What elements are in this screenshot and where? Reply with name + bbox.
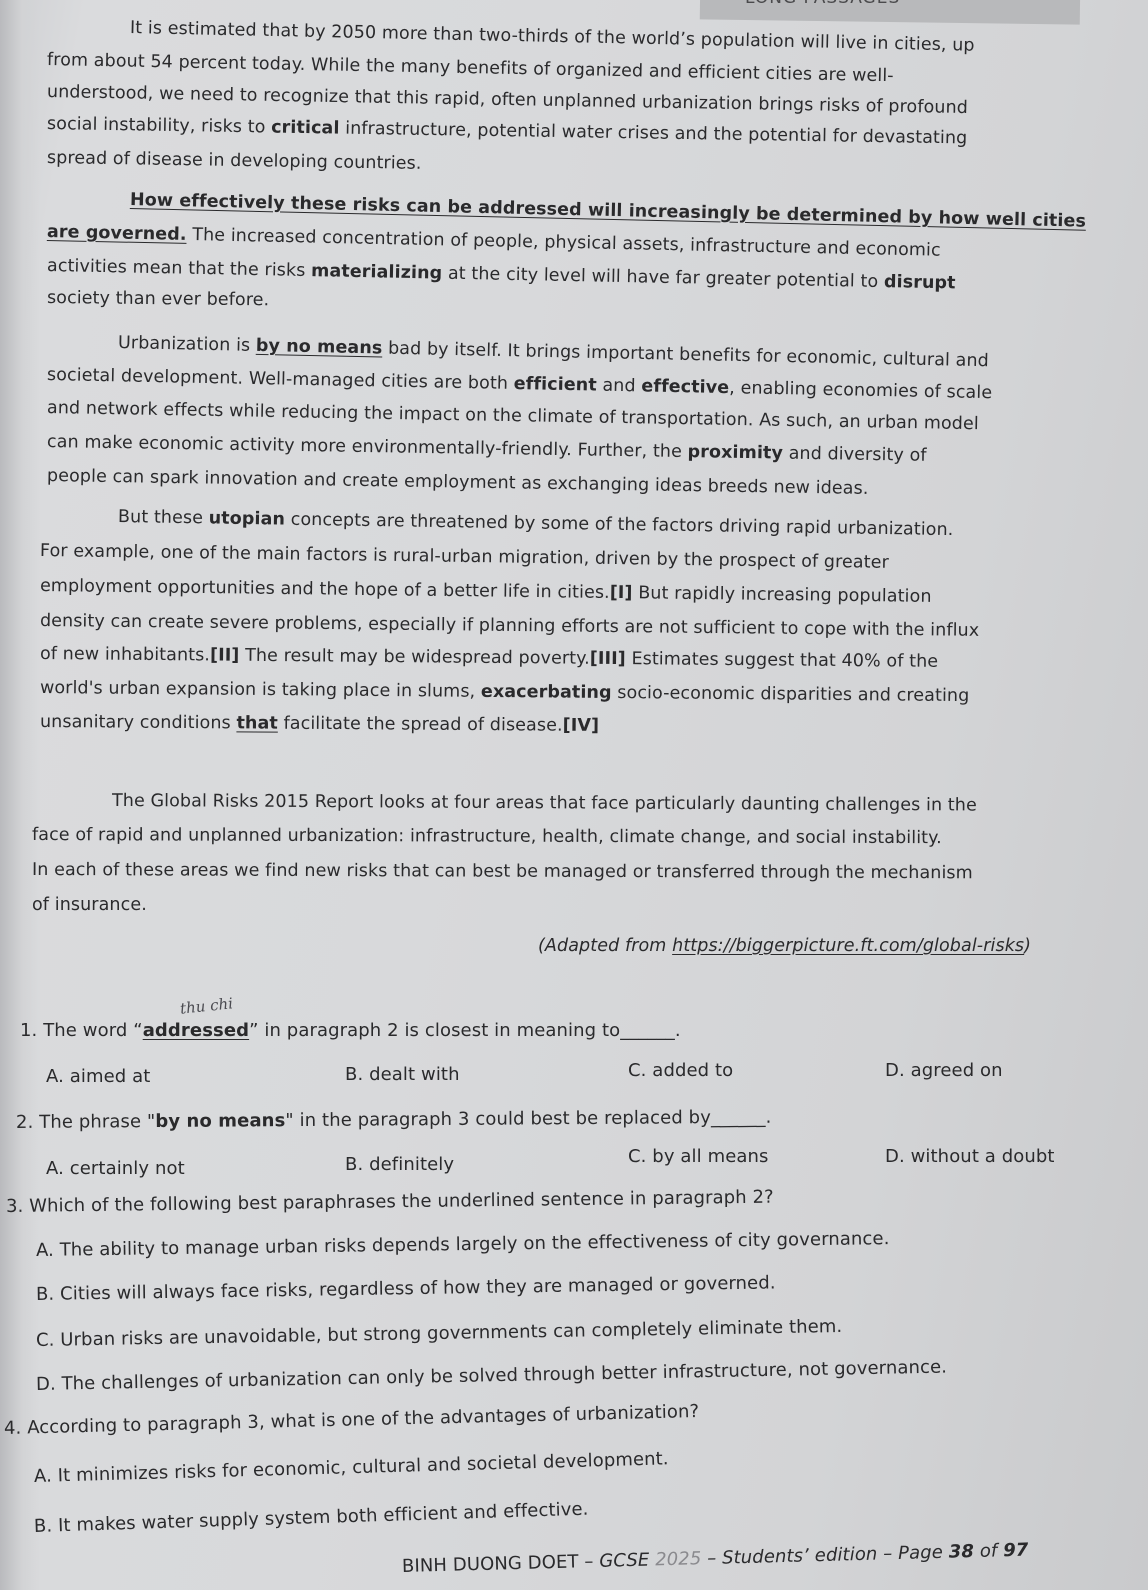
- bold-word: exacerbating: [481, 682, 612, 703]
- option-a[interactable]: A. aimed at: [46, 1066, 150, 1087]
- text-line: understood, we need to recognize that th…: [47, 82, 968, 118]
- text-line: Urbanization is by no means bad by itsel…: [118, 333, 989, 371]
- text-line: activities mean that the risks materiali…: [47, 256, 956, 293]
- text-span: socio-economic disparities and creating: [617, 683, 969, 706]
- text-span: ” in paragraph 2 is closest in meaning t…: [249, 1020, 620, 1041]
- text-span: activities mean that the risks: [47, 256, 306, 281]
- text-span: Urbanization is: [118, 333, 251, 356]
- text-span: of new inhabitants.: [40, 644, 210, 665]
- text-span: Estimates suggest that 40% of the: [631, 649, 938, 672]
- text-line: spread of disease in developing countrie…: [47, 148, 422, 174]
- text-line: and network effects while reducing the i…: [47, 398, 979, 434]
- option-b[interactable]: B. It makes water supply system both eff…: [34, 1499, 589, 1537]
- text-line: of insurance.: [32, 895, 147, 915]
- text-line: But these utopian concepts are threatene…: [118, 507, 954, 540]
- text-line: society than ever before.: [47, 288, 269, 310]
- text-span: infrastructure, potential water crises a…: [345, 119, 967, 149]
- text-span: .: [675, 1020, 681, 1041]
- footer-separator: –: [578, 1551, 599, 1573]
- option-c[interactable]: C. Urban risks are unavoidable, but stro…: [36, 1316, 843, 1351]
- text-line: unsanitary conditions that facilitate th…: [40, 712, 599, 736]
- text-span: world's urban expansion is taking place …: [40, 678, 475, 702]
- answer-blank: ______: [711, 1107, 766, 1128]
- text-span: can make economic activity more environm…: [47, 432, 682, 462]
- option-a[interactable]: A. certainly not: [46, 1158, 185, 1179]
- option-c[interactable]: C. added to: [628, 1060, 733, 1081]
- footer-page-total: 97: [1003, 1540, 1029, 1562]
- source-citation: (Adapted from https://biggerpicture.ft.c…: [538, 936, 1031, 956]
- text-span: , enabling economies of scale: [729, 378, 992, 403]
- option-d[interactable]: D. The challenges of urbanization can on…: [36, 1357, 947, 1395]
- answer-blank: ______: [620, 1020, 675, 1041]
- question-text: 1. The word “addressed” in paragraph 2 i…: [20, 1020, 681, 1041]
- text-span: and diversity of: [788, 444, 926, 466]
- text-span: employment opportunities and the hope of…: [40, 576, 610, 603]
- bold-word: efficient: [514, 374, 597, 396]
- option-d[interactable]: D. agreed on: [885, 1060, 1003, 1081]
- text-line: employment opportunities and the hope of…: [40, 576, 932, 607]
- question-text: 2. The phrase "by no means" in the parag…: [16, 1107, 772, 1133]
- text-span: and: [602, 376, 636, 397]
- footer-year: 2025: [649, 1548, 702, 1570]
- text-span: .: [765, 1107, 771, 1128]
- position-marker: [IV]: [563, 716, 600, 736]
- text-span: concepts are threatened by some of the f…: [291, 510, 954, 540]
- text-line: societal development. Well-managed citie…: [47, 365, 993, 403]
- text-line: social instability, risks to critical in…: [47, 114, 968, 148]
- text-line: people can spark innovation and create e…: [47, 466, 869, 499]
- option-b[interactable]: B. Cities will always face risks, regard…: [36, 1272, 776, 1305]
- option-d[interactable]: D. without a doubt: [885, 1146, 1055, 1167]
- footer-exam: GCSE: [599, 1550, 650, 1572]
- text-span: But these: [118, 507, 203, 528]
- page-edge-shadow: [0, 0, 40, 1590]
- page-footer: BINH DUONG DOET – GCSE 2025 – Students’ …: [402, 1540, 1029, 1577]
- question-text: 4. According to paragraph 3, what is one…: [4, 1401, 700, 1439]
- bold-word: proximity: [687, 442, 783, 463]
- underlined-sentence-end: are governed.: [47, 222, 187, 245]
- text-span: But rapidly increasing population: [638, 583, 932, 607]
- bold-word: effective: [641, 376, 729, 398]
- option-b[interactable]: B. definitely: [345, 1154, 454, 1175]
- text-span: facilitate the spread of disease.: [283, 714, 562, 736]
- text-span: social instability, risks to: [47, 114, 266, 137]
- position-marker: [II]: [210, 645, 240, 665]
- option-a[interactable]: A. It minimizes risks for economic, cult…: [34, 1448, 669, 1487]
- text-line: It is estimated that by 2050 more than t…: [130, 18, 975, 56]
- text-span: societal development. Well-managed citie…: [47, 365, 508, 394]
- underlined-sentence: How effectively these risks can be addre…: [130, 190, 1086, 232]
- underlined-word: that: [236, 713, 278, 733]
- text-line: density can create severe problems, espe…: [40, 611, 979, 641]
- source-link[interactable]: https://biggerpicture.ft.com/global-risk…: [672, 936, 1024, 956]
- bold-word: materializing: [311, 261, 443, 284]
- text-span: unsanitary conditions: [40, 712, 231, 733]
- citation-prefix: (Adapted from: [538, 936, 672, 956]
- underlined-phrase: by no means: [256, 336, 383, 359]
- text-span: The increased concentration of people, p…: [192, 225, 941, 261]
- footer-of: of: [974, 1540, 1004, 1562]
- option-c[interactable]: C. by all means: [628, 1146, 769, 1167]
- text-line: from about 54 percent today. While the m…: [47, 50, 894, 86]
- question-keyword: by no means: [155, 1110, 285, 1132]
- text-line: world's urban expansion is taking place …: [40, 678, 970, 706]
- text-line: of new inhabitants.[II] The result may b…: [40, 644, 938, 672]
- footer-page-number: 38: [948, 1541, 974, 1563]
- text-span: " in the paragraph 3 could best be repla…: [285, 1107, 711, 1131]
- text-line: The Global Risks 2015 Report looks at fo…: [112, 791, 977, 816]
- text-span: at the city level will have far greater …: [448, 264, 879, 292]
- text-span: The result may be widespread poverty.: [245, 646, 590, 669]
- question-text: 3. Which of the following best paraphras…: [6, 1187, 774, 1217]
- footer-org: BINH DUONG DOET: [402, 1551, 579, 1577]
- option-a[interactable]: A. The ability to manage urban risks dep…: [36, 1228, 890, 1261]
- text-line: face of rapid and unplanned urbanization…: [32, 825, 942, 848]
- bold-word: utopian: [209, 508, 286, 529]
- bold-word: critical: [271, 118, 340, 139]
- position-marker: [I]: [610, 583, 633, 603]
- text-span: 2. The phrase ": [16, 1111, 155, 1133]
- option-b[interactable]: B. dealt with: [345, 1064, 460, 1085]
- section-header-label: LONG PASSAGES: [745, 0, 900, 8]
- question-keyword: addressed: [143, 1020, 249, 1041]
- bold-word: disrupt: [884, 272, 956, 293]
- text-line: can make economic activity more environm…: [47, 432, 927, 466]
- citation-suffix: ): [1024, 936, 1031, 956]
- text-line: are governed. The increased concentratio…: [47, 222, 941, 261]
- text-line: In each of these areas we find new risks…: [32, 860, 973, 883]
- handwritten-annotation: thu chi: [179, 994, 234, 1017]
- text-line: For example, one of the main factors is …: [40, 541, 889, 573]
- text-span: bad by itself. It brings important benef…: [388, 339, 989, 372]
- position-marker: [III]: [590, 649, 626, 669]
- footer-edition: – Students’ edition – Page: [701, 1542, 949, 1569]
- text-span: 1. The word “: [20, 1020, 143, 1041]
